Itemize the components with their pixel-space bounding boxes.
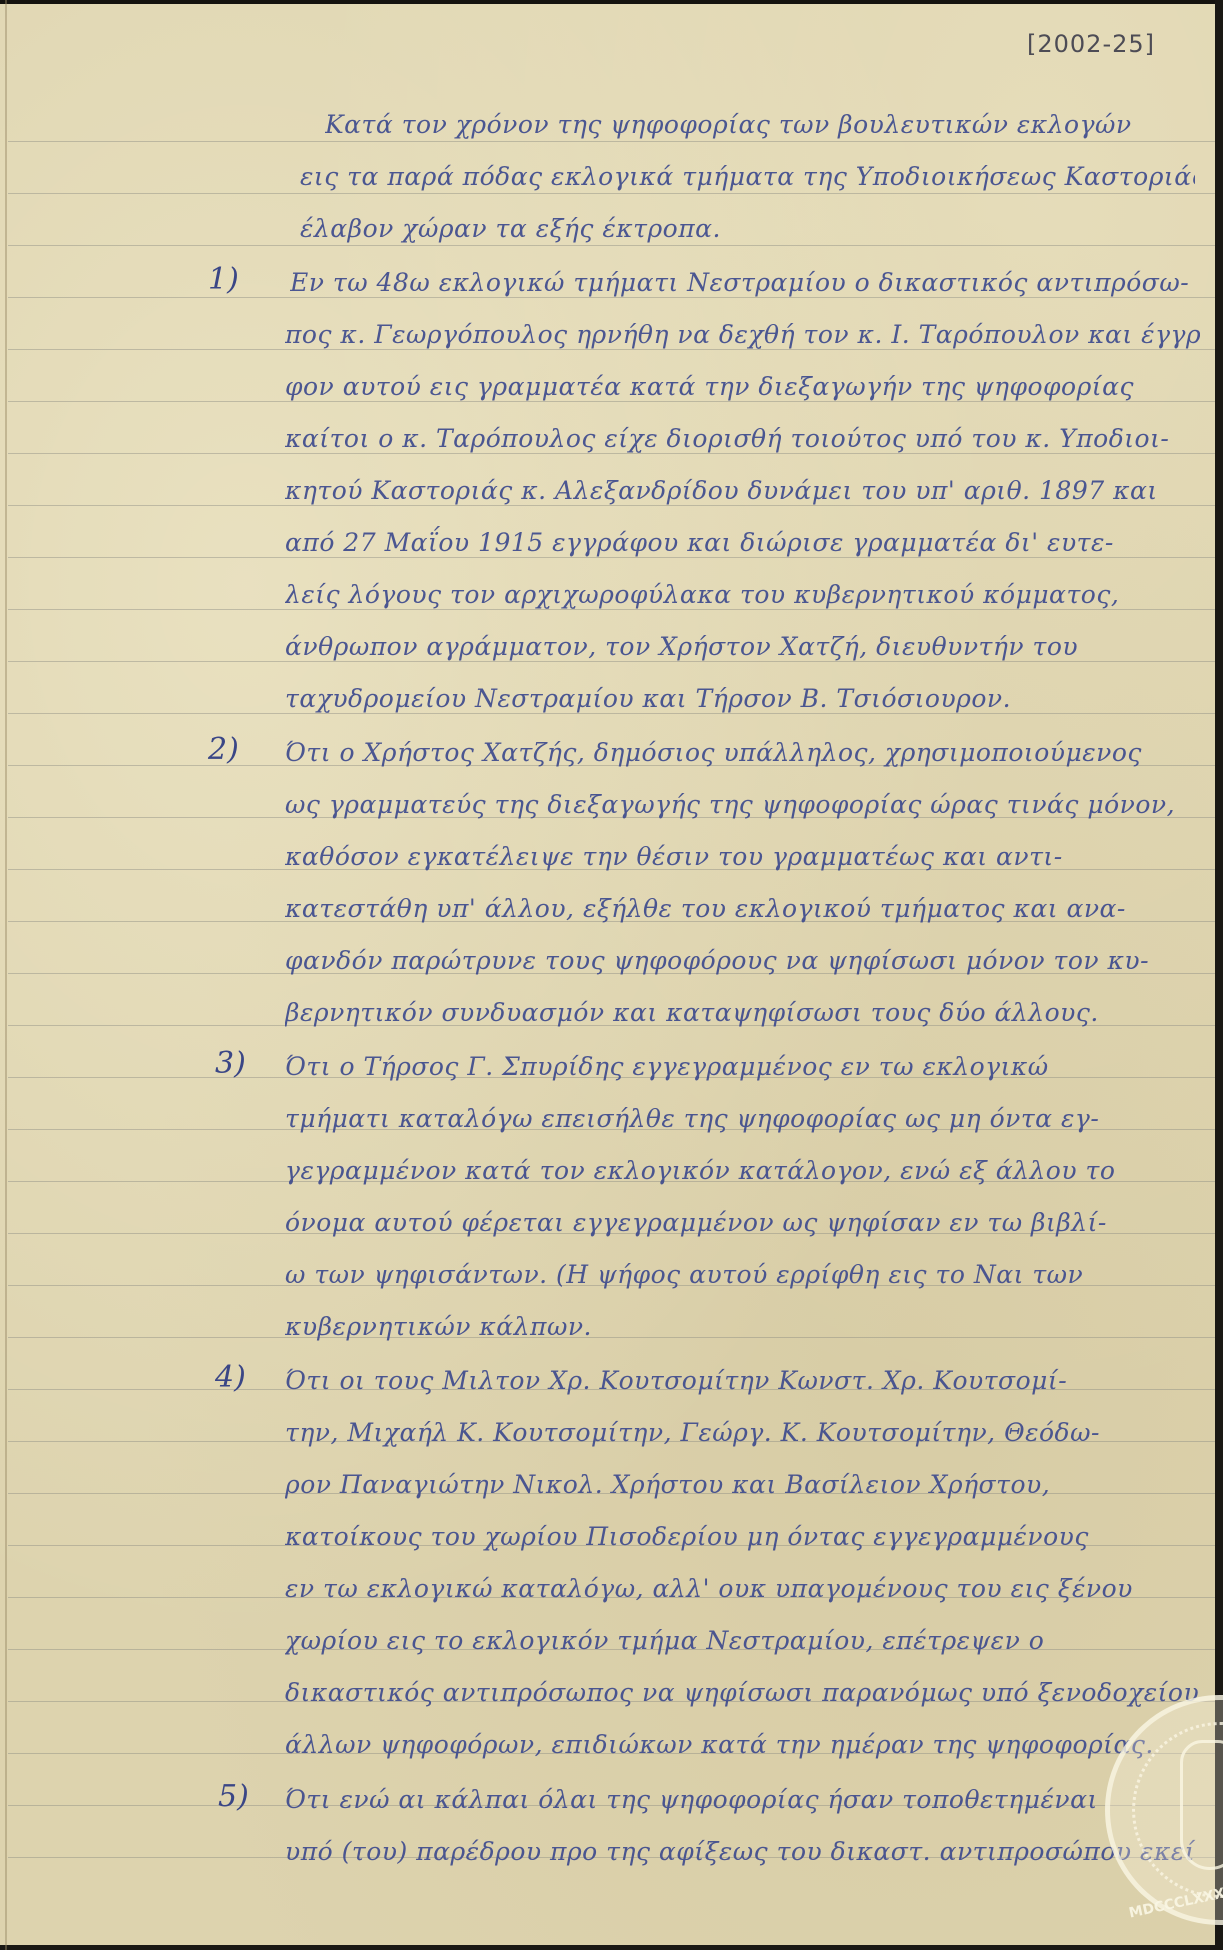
item-line: ως γραμματεύς της διεξαγωγής της ψηφοφορ…: [285, 783, 1200, 827]
item-line: καίτοι ο κ. Ταρόπουλος είχε διορισθή τοι…: [285, 417, 1200, 461]
manuscript-text: Κατά τον χρόνον της ψηφοφορίας των βουλε…: [0, 0, 1215, 1950]
intro-line: Κατά τον χρόνον της ψηφοφορίας των βουλε…: [325, 103, 1195, 147]
intro-line: εις τα παρά πόδας εκλογικά τμήματα της Υ…: [300, 155, 1195, 199]
item-line: Ότι ενώ αι κάλπαι όλαι της ψηφοφορίας ήσ…: [285, 1778, 1200, 1822]
item-line: καθόσον εγκατέλειψε την θέσιν του γραμμα…: [285, 835, 1200, 879]
item-line: κατεστάθη υπ' άλλου, εξήλθε του εκλογικο…: [285, 887, 1200, 931]
item-line: φον αυτού εις γραμματέα κατά την διεξαγω…: [285, 365, 1200, 409]
item-number: 1): [208, 258, 239, 302]
item-line: Εν τω 48ω εκλογικώ τμήματι Νεστραμίου ο …: [290, 261, 1200, 305]
scan-edge-right: [1215, 0, 1223, 1950]
item-line: ταχυδρομείου Νεστραμίου και Τήρσον Β. Τσ…: [285, 677, 1200, 721]
item-line: την, Μιχαήλ Κ. Κουτσομίτην, Γεώργ. Κ. Κο…: [285, 1411, 1200, 1455]
item-line: από 27 Μαΐου 1915 εγγράφου και διώρισε γ…: [285, 521, 1200, 565]
item-line: ρον Παναγιώτην Νικολ. Χρήστου και Βασίλε…: [285, 1463, 1200, 1507]
item-number: 2): [208, 728, 239, 772]
item-line: ω των ψηφισάντων. (Η ψήφος αυτού ερρίφθη…: [285, 1253, 1200, 1297]
item-number: 5): [218, 1775, 249, 1819]
item-line: όνομα αυτού φέρεται εγγεγραμμένον ως ψηφ…: [285, 1201, 1200, 1245]
item-line: κατοίκους του χωρίου Πισοδερίου μη όντας…: [285, 1515, 1200, 1559]
item-line: κυβερνητικών κάλπων.: [285, 1305, 1200, 1349]
item-line: χωρίου εις το εκλογικόν τμήμα Νεστραμίου…: [285, 1619, 1200, 1663]
seal-vase-emblem-icon: [1180, 1740, 1223, 1870]
item-number: 3): [215, 1042, 246, 1086]
manuscript-page: [2002-25] Κατά τον χρόνον της ψηφοφορίας…: [0, 0, 1223, 1950]
item-line: λείς λόγους τον αρχιχωροφύλακα του κυβερ…: [285, 573, 1200, 617]
item-line: τμήματι καταλόγω επεισήλθε της ψηφοφορία…: [285, 1097, 1200, 1141]
item-line: βερνητικόν συνδυασμόν και καταψηφίσωσι τ…: [285, 991, 1200, 1035]
item-line: πος κ. Γεωργόπουλος ηρνήθη να δεχθή τον …: [285, 313, 1200, 357]
item-line: Ότι οι τους Μιλτον Χρ. Κουτσομίτην Κωνστ…: [285, 1359, 1200, 1403]
item-line: άλλων ψηφοφόρων, επιδιώκων κατά την ημέρ…: [285, 1723, 1200, 1767]
item-line: εν τω εκλογικώ καταλόγω, αλλ' ουκ υπαγομ…: [285, 1567, 1200, 1611]
item-number: 4): [215, 1356, 246, 1400]
item-line: Ότι ο Χρήστος Χατζής, δημόσιος υπάλληλος…: [285, 731, 1200, 775]
item-line: Ότι ο Τήρσος Γ. Σπυρίδης εγγεγραμμένος ε…: [285, 1045, 1200, 1089]
item-line: υπό (του) παρέδρου προ της αφίξεως του δ…: [285, 1830, 1200, 1874]
item-line: γεγραμμένον κατά τον εκλογικόν κατάλογον…: [285, 1149, 1200, 1193]
item-line: φανδόν παρώτρυνε τους ψηφοφόρους να ψηφί…: [285, 939, 1200, 983]
intro-line: έλαβον χώραν τα εξής έκτροπα.: [300, 207, 1195, 251]
item-line: δικαστικός αντιπρόσωπος να ψηφίσωσι παρα…: [285, 1671, 1200, 1715]
item-line: άνθρωπον αγράμματον, τον Χρήστον Χατζή, …: [285, 625, 1200, 669]
seal-year: MDCCCLXXXI: [1127, 1884, 1223, 1921]
item-line: κητού Καστοριάς κ. Αλεξανδρίδου δυνάμει …: [285, 469, 1200, 513]
